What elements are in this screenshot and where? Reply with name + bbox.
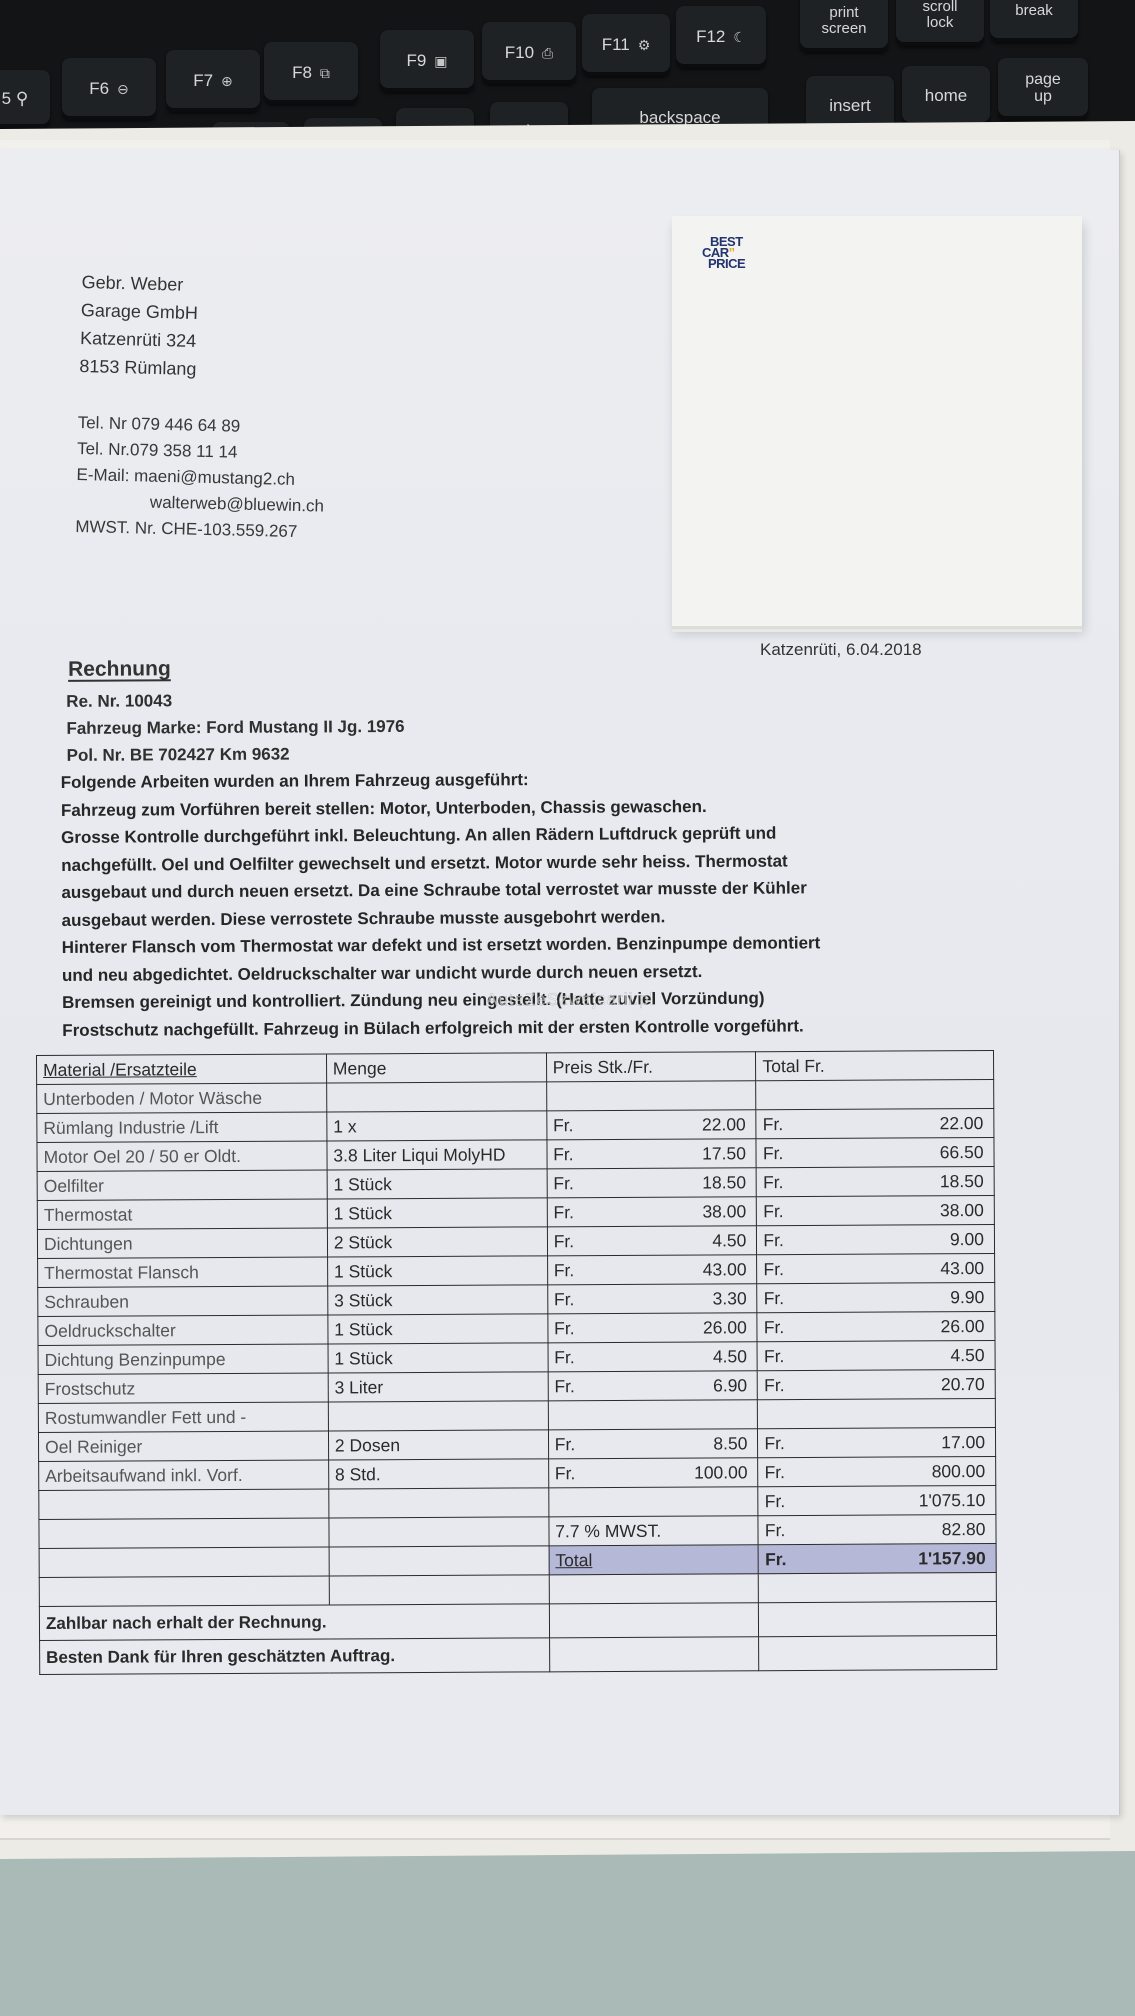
amount: 22.00 [940,1113,984,1134]
item-name: Dichtung Benzinpumpe [38,1344,328,1375]
item-unit-price: Fr.4.50 [548,1342,758,1372]
item-total: Fr.43.00 [757,1253,995,1283]
amount: 4.50 [712,1230,746,1251]
item-total: Fr.18.50 [756,1166,994,1196]
item-name: Rümlang Industrie /Lift [37,1112,327,1143]
item-total: Fr.26.00 [757,1311,995,1341]
item-unit-price: Fr.4.50 [547,1226,757,1256]
key-home: home [902,66,990,126]
item-total: Fr.9.00 [757,1224,995,1254]
invoice-table: Material /Ersatzteile Menge Preis Stk./F… [36,1050,997,1675]
amount: 6.90 [713,1375,747,1396]
invoice-body: Rechnung Re. Nr. 10043 Fahrzeug Marke: F… [52,653,954,1044]
screenshot-icon: ⧉ [320,66,330,81]
currency-label: Fr. [764,1375,785,1396]
watermark: AutaZeSzwajcarii.pl [486,989,654,1010]
item-name: Thermostat [37,1199,327,1230]
item-unit-price: Fr.3.30 [547,1284,757,1314]
footer-note: Besten Dank für Ihren geschätzten Auftra… [40,1638,550,1675]
item-quantity: 1 x [327,1111,547,1141]
item-name: Motor Oel 20 / 50 er Oldt. [37,1141,327,1172]
currency-label: Fr. [554,1260,575,1281]
amount: 66.50 [940,1142,984,1163]
key-f7: F7⊕ [166,50,260,112]
item-total: Fr.17.00 [758,1427,996,1457]
vat-amount: Fr.82.80 [758,1514,996,1544]
currency-label: Fr. [553,1173,574,1194]
item-quantity: 1 Stück [327,1198,547,1228]
amount: 17.00 [941,1432,985,1453]
total-label: Total [549,1545,759,1575]
amount: 8.50 [713,1433,747,1454]
key-f9: F9▣ [380,30,474,92]
vat-label: 7.7 % MWST. [549,1516,759,1546]
key-scroll-lock: scroll lock [896,0,984,46]
item-quantity: 2 Stück [327,1227,547,1257]
item-total: Fr.22.00 [756,1108,994,1138]
item-total: Fr.20.70 [758,1369,996,1399]
moon-icon: ☾ [733,30,746,45]
currency-label: Fr. [764,1288,785,1309]
item-unit-price: Fr.8.50 [548,1429,758,1459]
item-quantity: 1 Stück [327,1256,547,1286]
item-name: Schrauben [38,1286,328,1317]
item-name: Oeldruckschalter [38,1315,328,1346]
currency-label: Fr. [763,1114,784,1135]
currency-label: Fr. [554,1289,575,1310]
plus-circle-icon: ⊕ [221,74,233,89]
item-name: Frostschutz [38,1373,328,1404]
key-f12: F12☾ [676,6,766,68]
amount: 18.50 [940,1171,984,1192]
item-unit-price: Fr.100.00 [548,1458,758,1488]
currency-label: Fr. [554,1376,575,1397]
key-f10: F10⎙ [482,22,576,84]
item-quantity: 3 Stück [328,1285,548,1315]
currency-label: Fr. [555,1463,576,1484]
currency-label: Fr. [763,1230,784,1251]
item-quantity: 1 Stück [328,1343,548,1373]
currency-label: Fr. [553,1202,574,1223]
header-quantity: Menge [326,1053,546,1083]
currency-label: Fr. [765,1462,786,1483]
currency-label: Fr. [763,1143,784,1164]
item-name: Oel Reiniger [38,1431,328,1462]
amount: 26.00 [941,1316,985,1337]
sender-contact: Tel. Nr 079 446 64 89 Tel. Nr.079 358 11… [75,410,326,546]
sticky-notepad: BEST CAR” PRICE [672,216,1082,626]
amount: 100.00 [694,1462,748,1483]
item-quantity: 3 Liter [328,1372,548,1402]
amount: 20.70 [941,1374,985,1395]
amount: 17.50 [702,1143,746,1164]
amount: 22.00 [702,1114,746,1135]
save-icon: ▣ [434,54,447,69]
key-f8: F8⧉ [264,42,358,104]
item-total: Fr.38.00 [757,1195,995,1225]
item-name: Dichtungen [37,1228,327,1259]
key-break: break [990,0,1078,42]
item-quantity [326,1082,546,1112]
item-quantity: 3.8 Liter Liqui MolyHD [327,1140,547,1170]
amount: 9.90 [950,1287,984,1308]
amount: 800.00 [932,1461,986,1482]
currency-label: Fr. [554,1318,575,1339]
print-icon: ⎙ [542,46,553,61]
key-print-screen: print screen [800,0,888,52]
footer-row: Besten Dank für Ihren geschätzten Auftra… [40,1635,997,1674]
settings-icon: ⚙ [638,38,651,53]
currency-label: Fr. [553,1115,574,1136]
header-material: Material /Ersatzteile [37,1054,327,1085]
item-unit-price: Fr.22.00 [546,1110,756,1140]
item-total: Fr.800.00 [758,1456,996,1486]
footer-row: Zahlbar nach erhalt der Rechnung. [39,1601,996,1640]
item-quantity: 2 Dosen [328,1430,548,1460]
amount: 1'157.90 [918,1548,986,1569]
amount: 18.50 [702,1172,746,1193]
item-unit-price [548,1400,758,1430]
amount: 4.50 [950,1345,984,1366]
currency-label: Fr. [554,1231,575,1252]
currency-label: Fr. [553,1144,574,1165]
item-total: Fr.9.90 [757,1282,995,1312]
header-total: Total Fr. [756,1050,994,1080]
header-unit-price: Preis Stk./Fr. [546,1052,756,1082]
currency-label: Fr. [763,1201,784,1222]
currency-label: Fr. [764,1433,785,1454]
amount: 82.80 [942,1519,986,1540]
item-unit-price [546,1081,756,1111]
currency-label: Fr. [764,1317,785,1338]
key-f11: F11⚙ [582,14,670,76]
currency-label: Fr. [765,1491,786,1512]
item-name: Unterboden / Motor Wäsche [37,1083,327,1114]
amount: 9.00 [950,1229,984,1250]
amount: 4.50 [713,1346,747,1367]
item-quantity: 8 Std. [328,1459,548,1489]
item-total [758,1398,996,1428]
item-unit-price: Fr.26.00 [548,1313,758,1343]
currency-label: Fr. [764,1346,785,1367]
currency-label: Fr. [765,1549,787,1570]
currency-label: Fr. [765,1520,786,1541]
item-quantity: 1 Stück [328,1314,548,1344]
search-icon: 5 ⚲ [2,90,29,108]
minus-circle-icon: ⊖ [117,82,129,97]
amount: 26.00 [703,1317,747,1338]
currency-label: Fr. [763,1259,784,1280]
amount: 1'075.10 [919,1490,986,1511]
item-name: Oelfilter [37,1170,327,1201]
currency-label: Fr. [763,1172,784,1193]
amount: 3.30 [713,1288,747,1309]
currency-label: Fr. [555,1434,576,1455]
amount: 43.00 [703,1259,747,1280]
item-unit-price: Fr.43.00 [547,1255,757,1285]
item-unit-price: Fr.6.90 [548,1371,758,1401]
item-unit-price: Fr.18.50 [547,1168,757,1198]
item-total: Fr.4.50 [757,1340,995,1370]
key-f5: 5 ⚲ [0,70,50,128]
sender-address: Gebr. Weber Garage GmbH Katzenrüti 324 8… [79,268,199,383]
amount: 43.00 [940,1258,984,1279]
key-page-up: page up [998,58,1088,120]
amount: 38.00 [702,1201,746,1222]
item-quantity: 1 Stück [327,1169,547,1199]
key-f6: F6⊖ [62,58,156,120]
best-car-price-logo: BEST CAR” PRICE [702,236,745,269]
total-amount: Fr.1'157.90 [758,1543,996,1573]
item-total [756,1079,994,1109]
currency-label: Fr. [554,1347,575,1368]
footer-note: Zahlbar nach erhalt der Rechnung. [39,1604,549,1641]
subtotal-amount: Fr.1'075.10 [758,1485,996,1515]
item-name: Thermostat Flansch [38,1257,328,1288]
item-name: Arbeitsaufwand inkl. Vorf. [39,1460,329,1491]
item-unit-price: Fr.17.50 [547,1139,757,1169]
item-unit-price: Fr.38.00 [547,1197,757,1227]
item-total: Fr.66.50 [756,1137,994,1167]
item-quantity [328,1401,548,1431]
item-name: Rostumwandler Fett und - [38,1402,328,1433]
amount: 38.00 [940,1200,984,1221]
